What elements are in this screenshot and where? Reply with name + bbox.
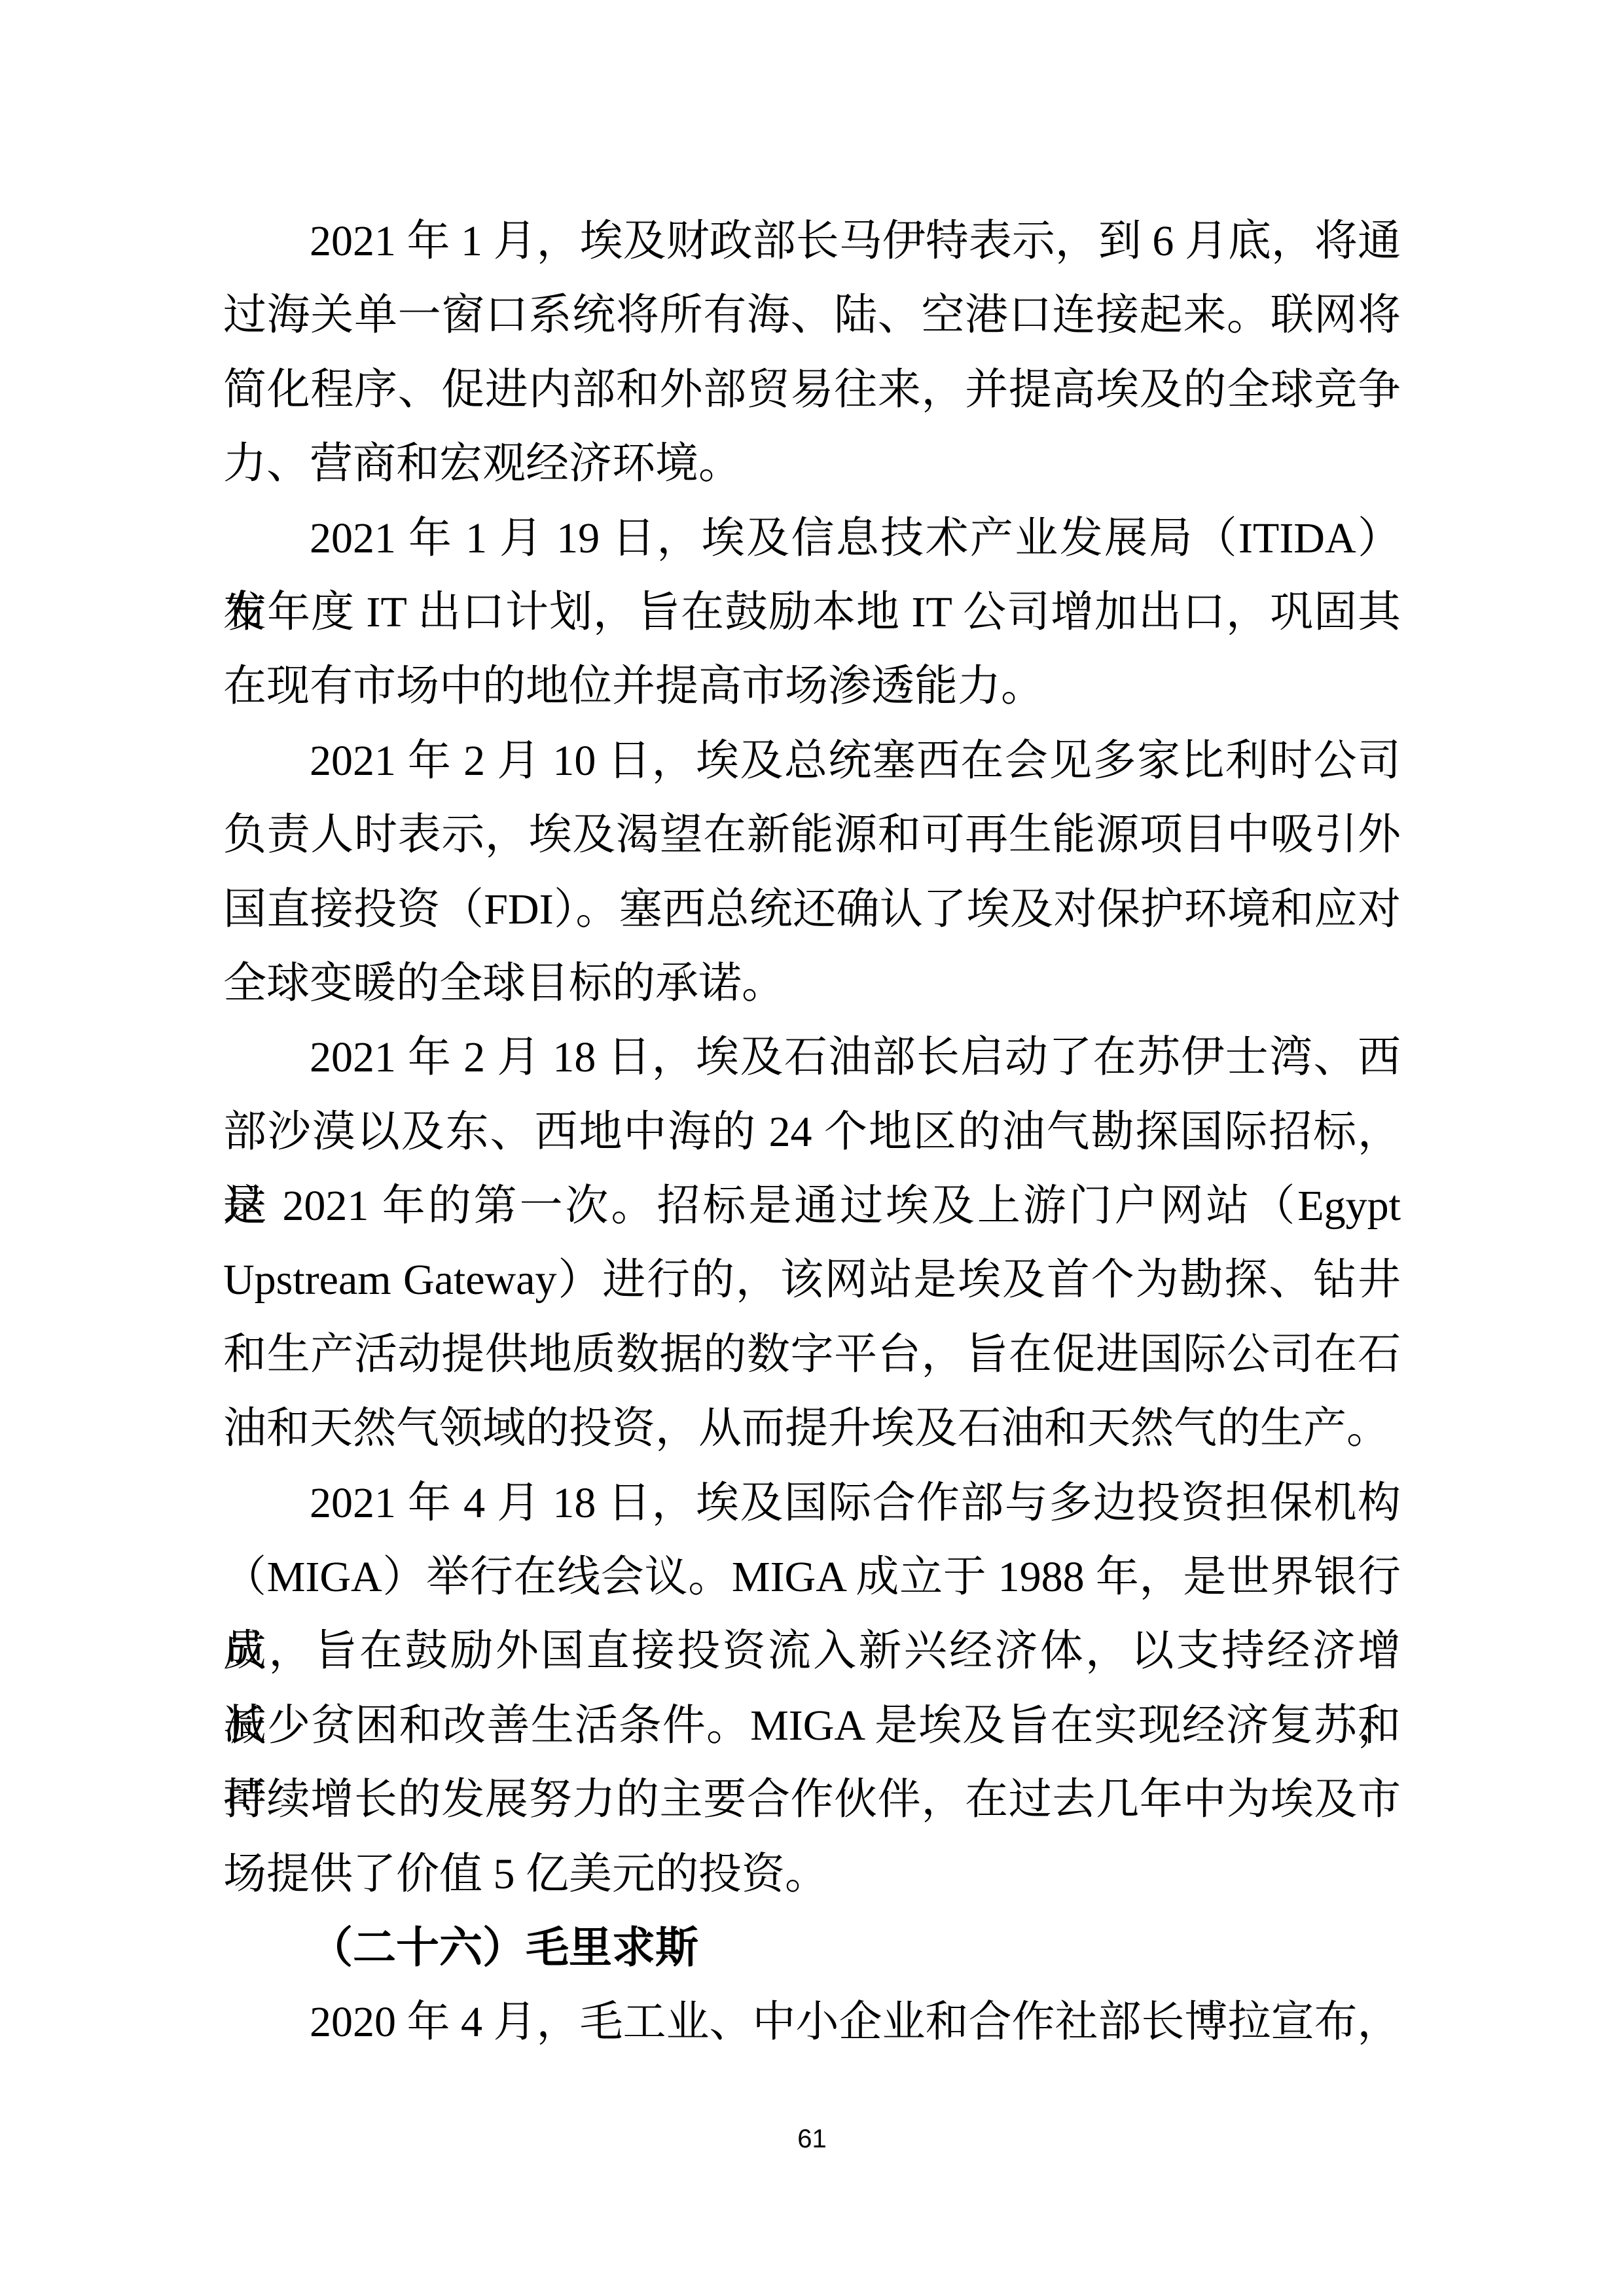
text-line: 减少贫困和改善生活条件。MIGA 是埃及旨在实现经济复苏和可 bbox=[223, 1689, 1401, 1763]
text-line: 员，旨在鼓励外国直接投资流入新兴经济体，以支持经济增长， bbox=[223, 1614, 1401, 1688]
text-line: 全球变暖的全球目标的承诺。 bbox=[223, 946, 1401, 1020]
text-line: （MIGA）举行在线会议。MIGA 成立于 1988 年，是世界银行成 bbox=[223, 1540, 1401, 1614]
section-heading: （二十六）毛里求斯 bbox=[223, 1911, 1401, 1985]
page-number: 61 bbox=[0, 2125, 1624, 2154]
text-line: 2020 年 4 月，毛工业、中小企业和合作社部长博拉宣布， bbox=[223, 1985, 1401, 2059]
text-line: 油和天然气领域的投资，从而提升埃及石油和天然气的生产。 bbox=[223, 1391, 1401, 1465]
text-line: 部沙漠以及东、西地中海的 24 个地区的油气勘探国际招标，这 bbox=[223, 1095, 1401, 1169]
text-line: 2021 年 4 月 18 日，埃及国际合作部与多边投资担保机构 bbox=[223, 1466, 1401, 1540]
text-line: 是 2021 年的第一次。招标是通过埃及上游门户网站（Egypt bbox=[223, 1169, 1401, 1243]
text-line: 2021 年 2 月 18 日，埃及石油部长启动了在苏伊士湾、西 bbox=[223, 1020, 1401, 1094]
text-line: 过海关单一窗口系统将所有海、陆、空港口连接起来。联网将 bbox=[223, 278, 1401, 352]
text-line: 持续增长的发展努力的主要合作伙伴，在过去几年中为埃及市 bbox=[223, 1763, 1401, 1837]
text-line: 负责人时表示，埃及渴望在新能源和可再生能源项目中吸引外 bbox=[223, 798, 1401, 872]
document-body: 2021 年 1 月，埃及财政部长马伊特表示，到 6 月底，将通过海关单一窗口系… bbox=[223, 204, 1401, 2060]
text-line: 2021 年 2 月 10 日，埃及总统塞西在会见多家比利时公司 bbox=[223, 724, 1401, 798]
text-line: 布年度 IT 出口计划，旨在鼓励本地 IT 公司增加出口，巩固其 bbox=[223, 575, 1401, 649]
text-line: 在现有市场中的地位并提高市场渗透能力。 bbox=[223, 649, 1401, 723]
text-line: Upstream Gateway）进行的，该网站是埃及首个为勘探、钻井 bbox=[223, 1243, 1401, 1317]
text-line: 力、营商和宏观经济环境。 bbox=[223, 427, 1401, 501]
text-line: 2021 年 1 月 19 日，埃及信息技术产业发展局（ITIDA）发 bbox=[223, 501, 1401, 575]
text-line: 2021 年 1 月，埃及财政部长马伊特表示，到 6 月底，将通 bbox=[223, 204, 1401, 278]
text-line: 简化程序、促进内部和外部贸易往来，并提高埃及的全球竞争 bbox=[223, 353, 1401, 427]
text-line: 场提供了价值 5 亿美元的投资。 bbox=[223, 1837, 1401, 1911]
text-line: 国直接投资（FDI）。塞西总统还确认了埃及对保护环境和应对 bbox=[223, 872, 1401, 946]
document-page: 2021 年 1 月，埃及财政部长马伊特表示，到 6 月底，将通过海关单一窗口系… bbox=[0, 0, 1624, 2296]
text-line: 和生产活动提供地质数据的数字平台，旨在促进国际公司在石 bbox=[223, 1318, 1401, 1391]
